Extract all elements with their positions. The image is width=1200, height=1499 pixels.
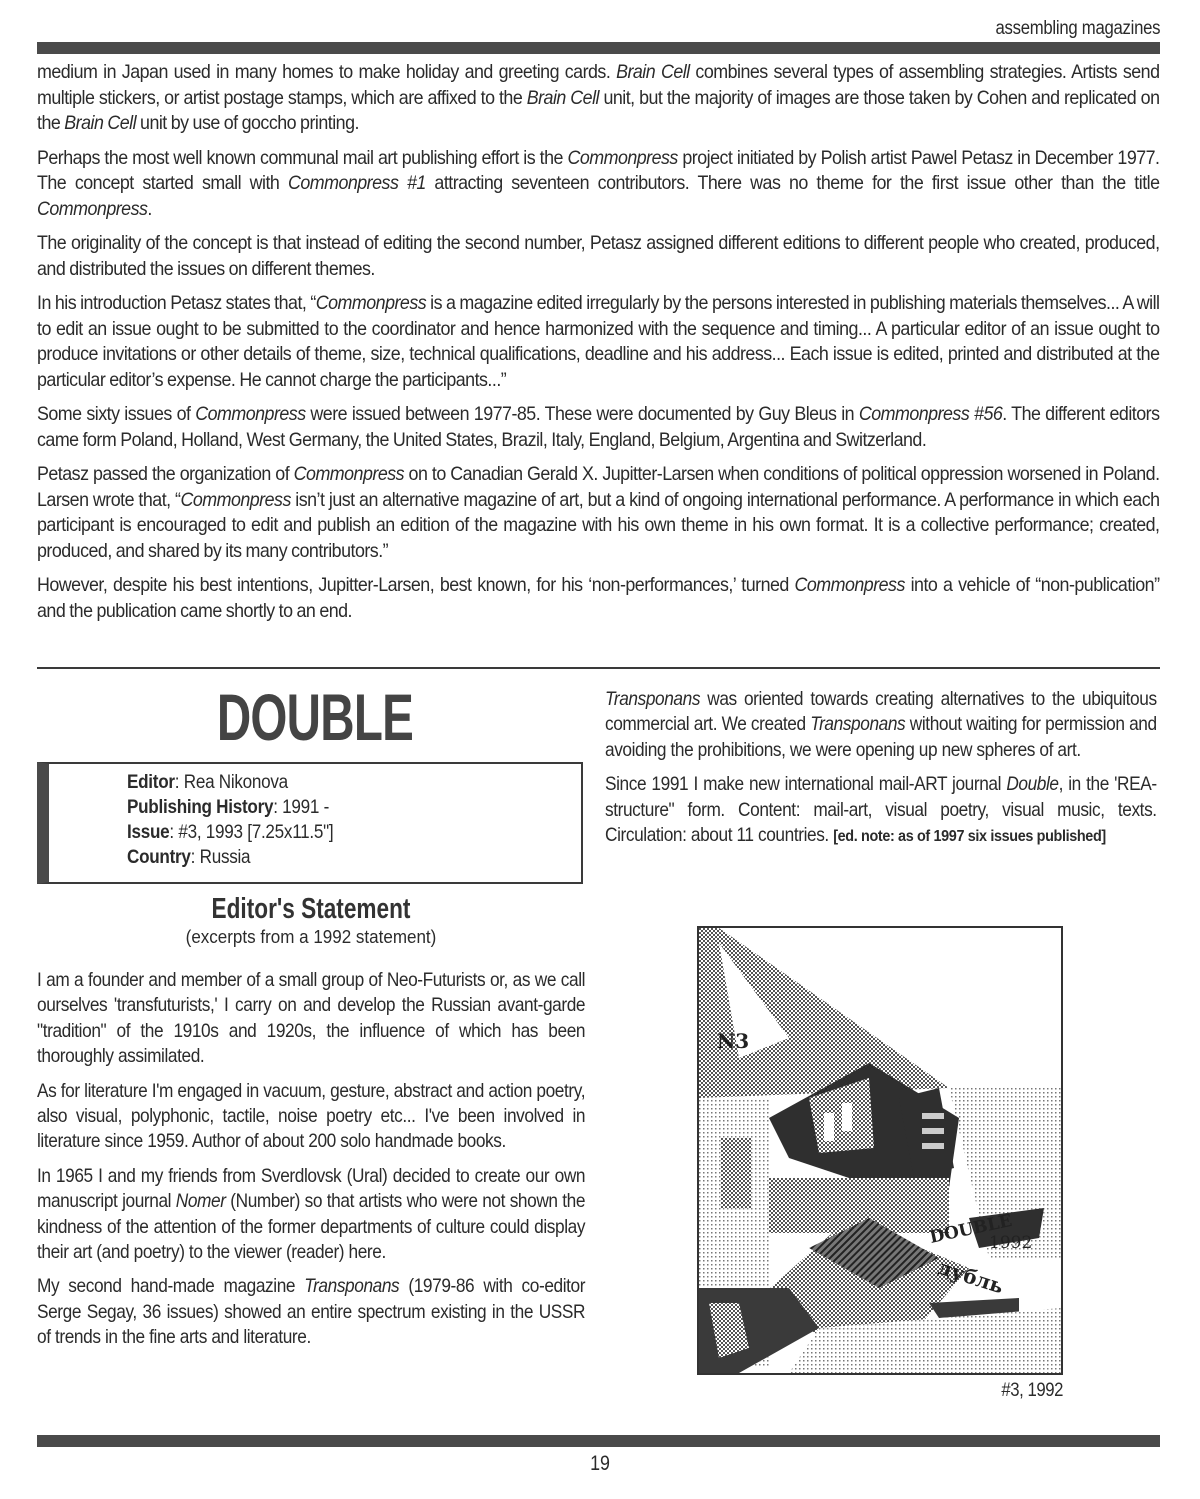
page-number: 19 [90,1452,1110,1476]
country-label: Country [127,847,191,868]
italic-title: Commonpress [195,404,305,425]
text-run: Since 1991 I make new international mail… [605,774,1006,795]
document-page: assembling magazines medium in Japan use… [0,0,1200,1499]
editor-value: : Rea Nikonova [175,772,288,793]
italic-title: Commonpress [794,575,904,596]
italic-title: Nomer [176,1191,226,1212]
text-run: In his introduction Petasz states that, … [37,293,316,314]
italic-title: Brain Cell [527,88,599,109]
editor-note: [ed. note: as of 1997 six issues publish… [833,828,1106,845]
text-run: Petasz passed the organization of [37,464,294,485]
info-box: Editor: Rea Nikonova Publishing History:… [37,762,583,884]
cover-artwork-illustration: N3 DOUBLE дубль 1992 [699,928,1061,1373]
text-run: As for literature I'm engaged in vacuum,… [37,1081,585,1153]
text-run: unit by use of goccho printing. [136,113,359,134]
text-run: Some sixty issues of [37,404,195,425]
statement-paragraph: My second hand-made magazine Transponans… [37,1274,585,1350]
statement-paragraph: In 1965 I and my friends from Sverdlovsk… [37,1164,585,1266]
country-value: : Russia [191,847,251,868]
statement-heading: Editor's Statement [97,892,524,926]
history-value: : 1991 - [273,797,329,818]
magazine-title: DOUBLE [121,680,510,754]
italic-title: Transponans [810,714,905,735]
italic-title: Commonpress #1 [288,173,426,194]
article-paragraph: In his introduction Petasz states that, … [37,291,1160,393]
italic-title: Commonpress [180,490,290,511]
article-paragraph: medium in Japan used in many homes to ma… [37,60,1160,137]
bottom-rule [37,1435,1160,1447]
text-run: My second hand-made magazine [37,1276,304,1297]
history-line: Publishing History: 1991 - [127,795,536,820]
statement-paragraph: I am a founder and member of a small gro… [37,968,585,1070]
article-paragraph: The originality of the concept is that i… [37,231,1160,282]
image-caption: #3, 1992 [920,1380,1063,1402]
issue-value: : #3, 1993 [7.25x11.5"] [169,822,333,843]
italic-title: Brain Cell [616,62,690,83]
entry-header: DOUBLE Editor: Rea Nikonova Publishing H… [37,680,585,948]
text-run: I am a founder and member of a small gro… [37,970,585,1067]
text-run: Perhaps the most well known communal mai… [37,148,567,169]
italic-title: Commonpress #56 [859,404,1002,425]
italic-title: Double [1006,774,1058,795]
section-divider [37,667,1160,669]
issue-line: Issue: #3, 1993 [7.25x11.5"] [127,820,536,845]
statement-left-column: I am a founder and member of a small gro… [37,968,585,1360]
editor-line: Editor: Rea Nikonova [127,770,536,795]
text-run: . [147,199,151,220]
running-head: assembling magazines [995,18,1160,40]
text-run: The originality of the concept is that i… [37,233,1160,280]
text-run: were issued between 1977-85. These were … [306,404,859,425]
editor-label: Editor [127,772,175,793]
statement-subheading: (excerpts from a 1992 statement) [59,926,563,948]
italic-title: Commonpress [316,293,426,314]
history-label: Publishing History [127,797,273,818]
statement-right-column: Transponans was oriented towards creatin… [605,687,1157,858]
statement-paragraph: Transponans was oriented towards creatin… [605,687,1157,763]
article-paragraph: However, despite his best intentions, Ju… [37,573,1160,624]
italic-title: Commonpress [294,464,404,485]
article-paragraph: Perhaps the most well known communal mai… [37,146,1160,223]
cover-n3-label: N3 [717,1029,749,1053]
statement-paragraph: Since 1991 I make new international mail… [605,772,1157,849]
article-paragraph: Some sixty issues of Commonpress were is… [37,402,1160,453]
italic-title: Transponans [605,689,700,710]
italic-title: Transponans [304,1276,399,1297]
article-body: medium in Japan used in many homes to ma… [37,60,1160,624]
issue-label: Issue [127,822,169,843]
statement-paragraph: As for literature I'm engaged in vacuum,… [37,1079,585,1155]
article-paragraph: Petasz passed the organization of Common… [37,462,1160,564]
italic-title: Commonpress [567,148,677,169]
country-line: Country: Russia [127,845,536,870]
top-rule [37,42,1160,54]
cover-image: N3 DOUBLE дубль 1992 [697,926,1063,1375]
cover-year-label: 1992 [989,1233,1032,1253]
italic-title: Commonpress [37,199,147,220]
italic-title: Brain Cell [64,113,136,134]
text-run: However, despite his best intentions, Ju… [37,575,794,596]
text-run: attracting seventeen contributors. There… [426,173,1160,194]
text-run: medium in Japan used in many homes to ma… [37,62,616,83]
